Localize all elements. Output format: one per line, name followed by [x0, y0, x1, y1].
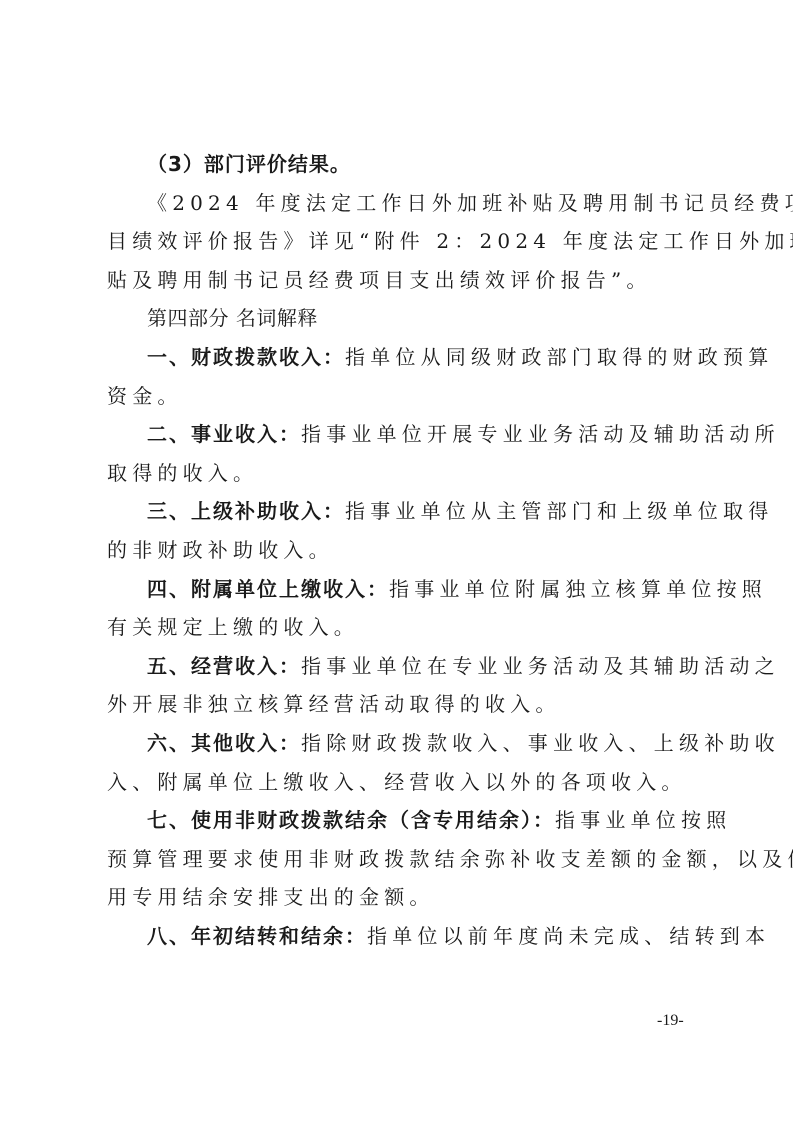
term-definition: 三、上级补助收入：指事业单位从主管部门和上级单位取得 [107, 492, 691, 531]
term-label: 二、事业收入： [147, 422, 301, 446]
paragraph-line: 资金。 [107, 377, 691, 416]
term-text: 指除财政拨款收入、事业收入、上级补助收 [301, 731, 780, 755]
document-page: （3）部门评价结果。 《2024 年度法定工作日外加班补贴及聘用制书记员经费项 … [107, 145, 691, 955]
term-label: 八、年初结转和结余： [147, 924, 367, 948]
paragraph-line: 取得的收入。 [107, 454, 691, 493]
term-text: 指单位从同级财政部门取得的财政预算 [345, 345, 773, 369]
term-text: 指事业单位按照 [555, 808, 731, 832]
paragraph-line: 入、附属单位上缴收入、经营收入以外的各项收入。 [107, 763, 691, 802]
paragraph-line: 用专用结余安排支出的金额。 [107, 878, 691, 917]
term-text: 指事业单位附属独立核算单位按照 [389, 577, 767, 601]
term-label: 六、其他收入： [147, 731, 301, 755]
term-label: 一、财政拨款收入： [147, 345, 345, 369]
part-heading: 第四部分 名词解释 [107, 299, 691, 338]
term-definition: 八、年初结转和结余：指单位以前年度尚未完成、结转到本 [107, 917, 691, 956]
page-number: -19- [657, 1012, 684, 1030]
term-definition: 七、使用非财政拨款结余（含专用结余）：指事业单位按照 [107, 801, 691, 840]
paragraph-line: 《2024 年度法定工作日外加班补贴及聘用制书记员经费项 [107, 184, 691, 223]
term-label: 三、上级补助收入： [147, 499, 345, 523]
term-text: 指单位以前年度尚未完成、结转到本 [367, 924, 770, 948]
term-definition: 五、经营收入：指事业单位在专业业务活动及其辅助活动之 [107, 647, 691, 686]
term-label: 五、经营收入： [147, 654, 301, 678]
term-text: 指事业单位开展专业业务活动及辅助活动所 [301, 422, 780, 446]
term-text: 指事业单位在专业业务活动及其辅助活动之 [301, 654, 780, 678]
term-label: 七、使用非财政拨款结余（含专用结余）： [147, 808, 555, 832]
term-definition: 六、其他收入：指除财政拨款收入、事业收入、上级补助收 [107, 724, 691, 763]
paragraph-line: 目绩效评价报告》详见“附件 2：2024 年度法定工作日外加班补 [107, 222, 691, 261]
term-definition: 二、事业收入：指事业单位开展专业业务活动及辅助活动所 [107, 415, 691, 454]
paragraph-line: 有关规定上缴的收入。 [107, 608, 691, 647]
paragraph-line: 外开展非独立核算经营活动取得的收入。 [107, 685, 691, 724]
term-label: 四、附属单位上缴收入： [147, 577, 389, 601]
term-definition: 一、财政拨款收入：指单位从同级财政部门取得的财政预算 [107, 338, 691, 377]
term-text: 指事业单位从主管部门和上级单位取得 [345, 499, 773, 523]
paragraph-line: 预算管理要求使用非财政拨款结余弥补收支差额的金额，以及使 [107, 840, 691, 879]
paragraph-line: 贴及聘用制书记员经费项目支出绩效评价报告”。 [107, 261, 691, 300]
section-title: （3）部门评价结果。 [107, 145, 691, 184]
paragraph-line: 的非财政补助收入。 [107, 531, 691, 570]
term-definition: 四、附属单位上缴收入：指事业单位附属独立核算单位按照 [107, 570, 691, 609]
